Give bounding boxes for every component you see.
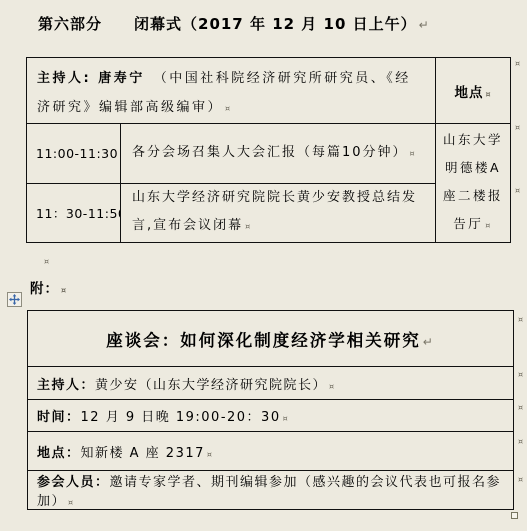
attachment-label[interactable]: 附：¤	[30, 277, 67, 297]
symposium-title: 座谈会：如何深化制度经济学相关研究	[106, 331, 421, 350]
cell-end-mark-icon: ¤	[207, 450, 214, 459]
table-row: 主持人：黄少安（山东大学经济研究院院长）¤	[28, 367, 514, 400]
row-end-mark-icon: ¤	[518, 438, 523, 446]
symposium-time-cell[interactable]: 时间：12 月 9 日晚 19:00-20：30¤	[28, 400, 514, 432]
time-cell[interactable]: 11:00-11:30¤	[27, 124, 121, 184]
section-heading-text: 第六部分 闭幕式（2017 年 12 月 10 日上午）	[38, 15, 417, 33]
field-label: 时间：	[37, 410, 81, 425]
word-document-page: 第六部分 闭幕式（2017 年 12 月 10 日上午）↵ 主持人: 唐寿宁 （…	[0, 0, 527, 531]
cell-end-mark-icon: ¤	[245, 222, 252, 231]
symposium-attendees-cell[interactable]: 参会人员：邀请专家学者、期刊编辑参加（感兴趣的会议代表也可报名参加）¤	[28, 471, 514, 510]
field-label: 地点：	[37, 446, 81, 461]
host-name: 主持人: 唐寿宁	[37, 71, 145, 86]
time-value: 11：30-11:50	[36, 206, 121, 221]
symposium-location-cell[interactable]: 地点：知新楼 A 座 2317¤	[28, 432, 514, 471]
symposium-host-cell[interactable]: 主持人：黄少安（山东大学经济研究院院长）¤	[28, 367, 514, 400]
row-end-mark-icon: ¤	[518, 371, 523, 379]
closing-ceremony-table: 主持人: 唐寿宁 （中国社科院经济研究所研究员、《经济研究》编辑部高级编审）¤ …	[26, 57, 511, 243]
table-row: 主持人: 唐寿宁 （中国社科院经济研究所研究员、《经济研究》编辑部高级编审）¤ …	[27, 58, 511, 124]
attachment-label-text: 附：	[30, 281, 59, 297]
table-move-handle[interactable]	[7, 292, 22, 307]
table-resize-handle[interactable]	[511, 512, 518, 519]
table-row: 座谈会：如何深化制度经济学相关研究↵	[28, 311, 514, 367]
cell-end-mark-icon: ¤	[283, 414, 290, 423]
cell-end-mark-icon: ¤	[329, 382, 336, 391]
activity-text: 各分会场召集人大会汇报（每篇10分钟）	[132, 145, 408, 160]
row-end-mark-icon: ¤	[518, 404, 523, 412]
cell-end-mark-icon: ¤	[410, 149, 417, 158]
row-end-mark-icon: ¤	[518, 316, 523, 324]
cell-end-mark-icon: ¤	[485, 221, 493, 230]
table-row: 11:00-11:30¤ 各分会场召集人大会汇报（每篇10分钟）¤ 山东大学明德…	[27, 124, 511, 184]
field-label: 主持人：	[37, 378, 95, 393]
cell-end-mark-icon: ¤	[68, 498, 75, 507]
field-value: 黄少安（山东大学经济研究院院长）	[95, 378, 327, 393]
table-row: 参会人员：邀请专家学者、期刊编辑参加（感兴趣的会议代表也可报名参加）¤	[28, 471, 514, 510]
move-arrows-icon	[9, 294, 20, 305]
field-value: 知新楼 A 座 2317	[81, 446, 205, 461]
time-value: 11:00-11:30	[36, 146, 118, 161]
field-value: 12 月 9 日晚 19:00-20：30	[81, 410, 281, 425]
paragraph-mark-icon: ¤	[44, 258, 49, 266]
activity-cell[interactable]: 山东大学经济研究院院长黄少安教授总结发言,宣布会议闭幕¤	[121, 183, 436, 243]
row-end-mark-icon: ¤	[515, 60, 520, 68]
location-text: 山东大学明德楼A座二楼报告厅	[443, 132, 503, 231]
location-header-cell[interactable]: 地点¤	[436, 58, 511, 124]
row-end-mark-icon: ¤	[515, 187, 520, 195]
symposium-table: 座谈会：如何深化制度经济学相关研究↵ 主持人：黄少安（山东大学经济研究院院长）¤…	[27, 310, 514, 510]
row-end-mark-icon: ¤	[515, 124, 520, 132]
cell-end-mark-icon: ¤	[225, 104, 233, 113]
activity-cell[interactable]: 各分会场召集人大会汇报（每篇10分钟）¤	[121, 124, 436, 184]
table-row: 时间：12 月 9 日晚 19:00-20：30¤	[28, 400, 514, 432]
cell-end-mark-icon: ¤	[485, 90, 491, 99]
paragraph-mark-icon: ↵	[423, 335, 435, 349]
host-cell[interactable]: 主持人: 唐寿宁 （中国社科院经济研究所研究员、《经济研究》编辑部高级编审）¤	[27, 58, 436, 124]
field-label: 参会人员：	[37, 475, 110, 490]
table-row: 地点：知新楼 A 座 2317¤	[28, 432, 514, 471]
symposium-title-cell[interactable]: 座谈会：如何深化制度经济学相关研究↵	[28, 311, 514, 367]
row-end-mark-icon: ¤	[518, 476, 523, 484]
location-header-label: 地点	[454, 85, 483, 101]
paragraph-mark-icon: ↵	[419, 18, 430, 32]
location-cell[interactable]: 山东大学明德楼A座二楼报告厅¤	[436, 124, 511, 243]
paragraph-mark-icon: ¤	[61, 286, 67, 295]
time-cell[interactable]: 11：30-11:50¤	[27, 183, 121, 243]
section-heading[interactable]: 第六部分 闭幕式（2017 年 12 月 10 日上午）↵	[38, 13, 430, 34]
activity-text: 山东大学经济研究院院长黄少安教授总结发言,宣布会议闭幕	[132, 190, 417, 233]
